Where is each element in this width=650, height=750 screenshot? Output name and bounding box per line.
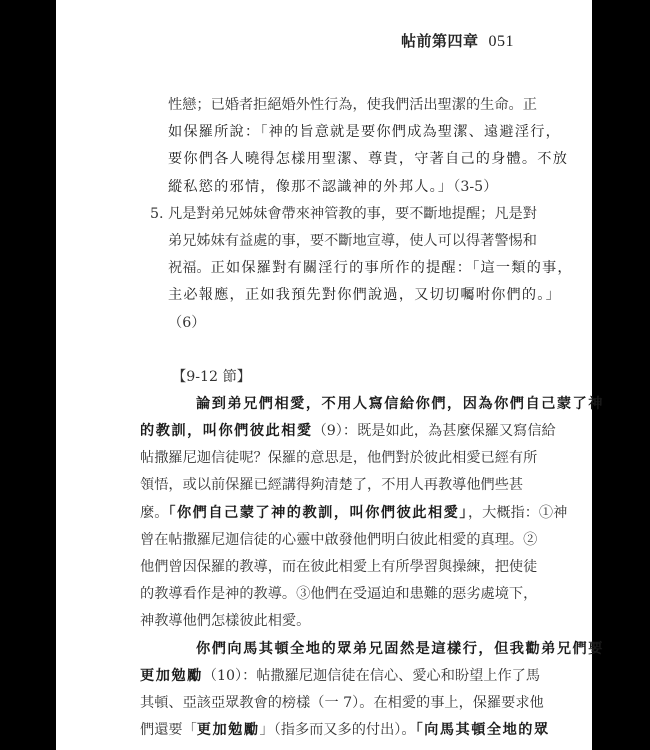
running-header: 帖前第四章051 (401, 30, 514, 51)
scripture-quote-line: 要你們各人曉得怎樣用聖潔、尊貴，守著自己的身體。不放 (168, 146, 532, 173)
section-heading: 【9-12 節】 (168, 364, 532, 391)
text-line: 如保羅所說：「神的旨意就是要你們成為聖潔、遠避淫行， (168, 119, 532, 146)
book-page: 帖前第四章051 性戀；已婚者拒絕婚外性行為，使我們活出聖潔的生命。正 如保羅所… (56, 0, 592, 750)
verse-ref: （3-5） (453, 179, 497, 195)
body-text: 性戀；已婚者拒絕婚外性行為，使我們活出聖潔的生命。正 如保羅所說：「神的旨意就是… (168, 92, 532, 744)
list-number: 5. (150, 201, 164, 228)
paragraph-1: 論到弟兄們相愛，不用人寫信給你們，因為你們自己蒙了神 的教訓，叫你們彼此相愛（9… (168, 391, 532, 636)
chapter-title: 帖前第四章 (401, 32, 479, 50)
scripture-quote-line: 縱私慾的邪情，像那不認識神的外邦人。」（3-5） (168, 174, 532, 201)
paragraph-2: 你們向馬其頓全地的眾弟兄固然是這樣行，但我勸弟兄們要 更加勉勵（10）：帖撒羅尼… (168, 636, 532, 745)
list-item-5: 5.凡是對弟兄姊妹會帶來神管教的事，要不斷地提醒；凡是對 弟兄姊妹有益處的事，要… (168, 201, 532, 337)
page-number: 051 (489, 33, 515, 50)
verse-ref: （6） (168, 315, 205, 331)
text-line: 性戀；已婚者拒絕婚外性行為，使我們活出聖潔的生命。正 (168, 92, 532, 119)
